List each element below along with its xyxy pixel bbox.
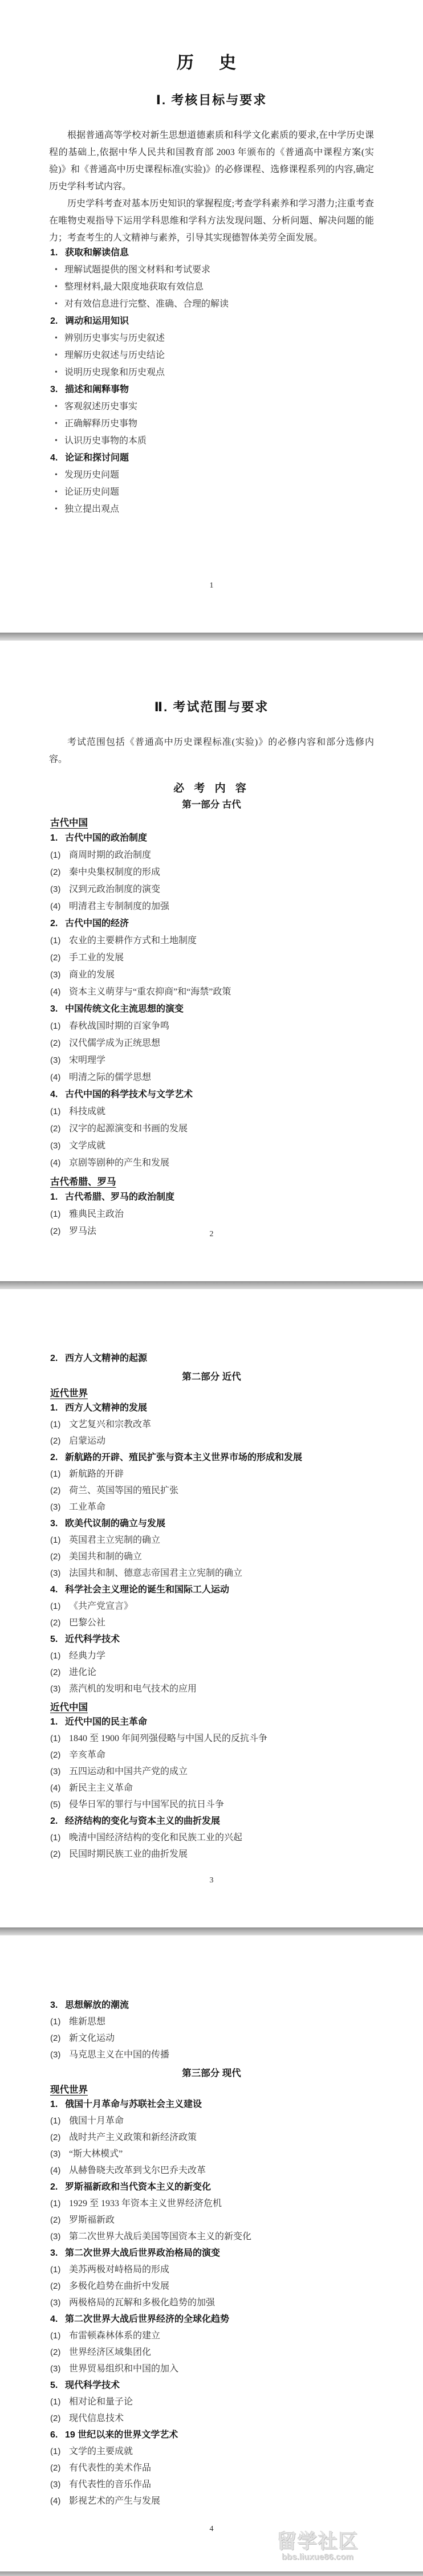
bottom-edge-bar xyxy=(0,2571,423,2576)
list-item: (2)进化论 xyxy=(0,1666,423,1683)
required-content-title: 必 考 内 容 xyxy=(0,780,423,797)
item-marker: (3) xyxy=(50,2297,69,2309)
item-label: 论证和探讨问题 xyxy=(65,452,129,464)
list-item: (5)侵华日军的罪行与中国军民的抗日斗争 xyxy=(0,1799,423,1815)
item-marker: (1) xyxy=(50,1600,69,1613)
item-label: 战时共产主义政策和新经济政策 xyxy=(69,2131,197,2144)
list-item: (1)俄国十月革命 xyxy=(0,2115,423,2131)
section-heading: Ⅰ. 考核目标与要求 xyxy=(0,91,423,111)
list-item: (1)布雷顿森林体系的建立 xyxy=(0,2330,423,2346)
group-heading: 古代希腊、罗马 xyxy=(50,1174,423,1191)
item-marker: (2) xyxy=(50,1749,69,1762)
item-label: 商业的发展 xyxy=(69,969,115,981)
item-label: 新航路的开辟 xyxy=(69,1468,124,1481)
list-item: (3)法国共和制、德意志帝国君主立宪制的确立 xyxy=(0,1567,423,1584)
item-marker: (2) xyxy=(50,2462,69,2475)
section-item: 3.第二次世界大战后世界政治格局的演变 xyxy=(0,2247,423,2264)
item-marker: (3) xyxy=(50,1683,69,1695)
page-number: 4 xyxy=(0,2525,423,2534)
item-marker: (1) xyxy=(50,1832,69,1844)
item-label: 欧美代议制的确立与发展 xyxy=(65,1518,165,1530)
page-number: 2 xyxy=(0,1230,423,1239)
item-marker: (2) xyxy=(50,1848,69,1861)
item-marker: (1) xyxy=(50,1468,69,1481)
section-item: 5.近代科学技术 xyxy=(0,1633,423,1650)
list-item: (1)1929 至 1933 年资本主义世界经济危机 xyxy=(0,2198,423,2214)
list-item: (3)五四运动和中国共产党的成立 xyxy=(0,1766,423,1782)
item-marker: 5. xyxy=(50,2379,65,2392)
item-label: 农业的主要耕作方式和土地制度 xyxy=(69,935,197,947)
item-label: 西方人文精神的发展 xyxy=(65,1402,147,1415)
item-marker: 1. xyxy=(50,2098,65,2111)
list-item: (1)农业的主要耕作方式和土地制度 xyxy=(0,935,423,952)
item-marker: (2) xyxy=(50,1435,69,1448)
list-item: (1)科技成就 xyxy=(0,1106,423,1123)
item-label: 春秋战国时期的百家争鸣 xyxy=(69,1020,169,1033)
item-label: 进化论 xyxy=(69,1666,96,1679)
item-marker: 3. xyxy=(50,384,65,396)
list-item: (2)多极化趋势在曲折中发展 xyxy=(0,2280,423,2297)
list-item: (3)汉到元政治制度的演变 xyxy=(0,883,423,900)
item-label: 新民主主义革命 xyxy=(69,1782,133,1795)
list-item: (3)工业革命 xyxy=(0,1501,423,1518)
item-label: 古代希腊、罗马的政治制度 xyxy=(65,1191,174,1204)
list-item: •说明历史现象和历史观点 xyxy=(0,366,423,384)
item-label: 维新思想 xyxy=(69,2016,105,2028)
group-heading: 近代中国 xyxy=(50,1699,423,1716)
item-label: 英国君主立宪制的确立 xyxy=(69,1534,160,1547)
item-label: 俄国十月革命与苏联社会主义建设 xyxy=(65,2098,202,2111)
item-label: 蒸汽机的发明和电气技术的应用 xyxy=(69,1683,197,1695)
list-item: (1)春秋战国时期的百家争鸣 xyxy=(0,1020,423,1037)
item-label: 科学社会主义理论的诞生和国际工人运动 xyxy=(65,1584,229,1596)
item-label: 布雷顿森林体系的建立 xyxy=(69,2330,160,2342)
item-label: 19 世纪以来的世界文学艺术 xyxy=(65,2429,178,2442)
list-item: (1)维新思想 xyxy=(0,2016,423,2032)
bullet-icon: • xyxy=(55,366,64,379)
item-label: 罗斯福新政和当代资本主义的新变化 xyxy=(65,2181,211,2194)
item-label: 多极化趋势在曲折中发展 xyxy=(69,2280,169,2293)
item-marker: (1) xyxy=(50,1020,69,1033)
bullet-icon: • xyxy=(55,418,64,430)
item-label: 文学的主要成就 xyxy=(69,2445,133,2458)
item-label: 资本主义萌芽与“重农抑商”和“海禁”政策 xyxy=(69,986,231,998)
list-item: •理解试题提供的图文材料和考试要求 xyxy=(0,264,423,281)
list-item: (1)《共产党宣言》 xyxy=(0,1600,423,1617)
item-label: 西方人文精神的起源 xyxy=(65,1352,147,1365)
list-item: (3)第二次世界大战后美国等国资本主义的新变化 xyxy=(0,2231,423,2247)
item-label: 整理材料,最大限度地获取有效信息 xyxy=(64,281,204,294)
item-marker: (4) xyxy=(50,2165,69,2177)
item-marker: (2) xyxy=(50,2214,69,2227)
item-label: 古代中国的经济 xyxy=(65,918,129,930)
item-marker: (4) xyxy=(50,1071,69,1084)
list-item: (4)新民主主义革命 xyxy=(0,1782,423,1799)
section-item: 2.调动和运用知识 xyxy=(0,315,423,332)
list-item: (2)世界经济区域集团化 xyxy=(0,2346,423,2363)
item-label: 文艺复兴和宗教改革 xyxy=(69,1419,151,1431)
item-label: 独立提出观点 xyxy=(64,503,119,516)
item-marker: (3) xyxy=(50,2231,69,2243)
item-label: 文学成就 xyxy=(69,1140,105,1152)
item-marker: 4. xyxy=(50,1584,65,1596)
item-marker: 1. xyxy=(50,1191,65,1204)
bullet-icon: • xyxy=(55,435,64,447)
bullet-icon: • xyxy=(55,332,64,345)
item-label: 发现历史问题 xyxy=(64,469,119,482)
item-marker: (2) xyxy=(50,952,69,964)
item-marker: (1) xyxy=(50,1733,69,1745)
section-item: 3.中国传统文化主流思想的演变 xyxy=(0,1003,423,1020)
page-2: Ⅱ. 考试范围与要求考试范围包括《普通高中历史课程标准(实验)》的必修内容和部分… xyxy=(0,641,423,1281)
bullet-icon: • xyxy=(55,486,64,499)
page-2-content: Ⅱ. 考试范围与要求考试范围包括《普通高中历史课程标准(实验)》的必修内容和部分… xyxy=(0,698,423,1242)
page-separator xyxy=(0,633,423,641)
item-marker: (1) xyxy=(50,1208,69,1221)
paragraph: 根据普通高等学校对新生思想道德素质和科学文化素质的要求,在中学历史课程的基础上,… xyxy=(49,127,374,195)
page-1-content: 历 史Ⅰ. 考核目标与要求根据普通高等学校对新生思想道德素质和科学文化素质的要求… xyxy=(0,48,423,520)
list-item: (3)“斯大林模式” xyxy=(0,2148,423,2165)
item-label: 世界贸易组织和中国的加入 xyxy=(69,2363,178,2375)
item-label: 宋明理学 xyxy=(69,1054,105,1067)
item-label: 手工业的发展 xyxy=(69,952,124,964)
section-item: 1.古代希腊、罗马的政治制度 xyxy=(0,1191,423,1208)
list-item: (1)文学的主要成就 xyxy=(0,2445,423,2462)
bullet-icon: • xyxy=(55,401,64,413)
section-heading: Ⅱ. 考试范围与要求 xyxy=(0,698,423,718)
item-label: 1840 至 1900 年间列强侵略与中国人民的反抗斗争 xyxy=(69,1733,267,1745)
item-label: 世界经济区域集团化 xyxy=(69,2346,151,2359)
list-item: •认识历史事物的本质 xyxy=(0,435,423,452)
item-label: 美苏两极对峙格局的形成 xyxy=(69,2264,169,2276)
item-marker: (3) xyxy=(50,2479,69,2491)
item-label: 第二次世界大战后世界政治格局的演变 xyxy=(65,2247,220,2260)
item-marker: (1) xyxy=(50,1419,69,1431)
list-item: •整理材料,最大限度地获取有效信息 xyxy=(0,281,423,298)
item-label: 经济结构的变化与资本主义的曲折发展 xyxy=(65,1815,220,1828)
list-item: (4)明清君主专制制度的加强 xyxy=(0,900,423,918)
list-item: (2)罗斯福新政 xyxy=(0,2214,423,2231)
item-marker: 3. xyxy=(50,2247,65,2260)
list-item: (2)汉代儒学成为正统思想 xyxy=(0,1037,423,1054)
list-item: (4)从赫鲁晓夫改革到戈尔巴乔夫改革 xyxy=(0,2165,423,2181)
list-item: (1)商周时期的政治制度 xyxy=(0,849,423,866)
section-item: 2.古代中国的经济 xyxy=(0,918,423,935)
item-marker: (3) xyxy=(50,1140,69,1152)
list-item: (1)1840 至 1900 年间列强侵略与中国人民的反抗斗争 xyxy=(0,1733,423,1749)
page-number: 3 xyxy=(0,1876,423,1885)
section-item: 4.第二次世界大战后世界经济的全球化趋势 xyxy=(0,2313,423,2330)
list-item: (2)巴黎公社 xyxy=(0,1617,423,1633)
item-label: 雅典民主政治 xyxy=(69,1208,124,1221)
bullet-icon: • xyxy=(55,264,64,276)
item-label: 影视艺术的产生与发展 xyxy=(69,2495,160,2508)
item-marker: (3) xyxy=(50,2363,69,2375)
item-label: 客观叙述历史事实 xyxy=(64,401,137,413)
item-marker: (3) xyxy=(50,2148,69,2161)
item-label: 对有效信息进行完整、准确、合理的解读 xyxy=(64,298,229,311)
list-item: (4)资本主义萌芽与“重农抑商”和“海禁”政策 xyxy=(0,986,423,1003)
page-4-content: 3.思想解放的潮流(1)维新思想(2)新文化运动(3)马克思主义在中国的传播第三… xyxy=(0,1999,423,2512)
item-label: 思想解放的潮流 xyxy=(65,1999,129,2012)
list-item: (1)新航路的开辟 xyxy=(0,1468,423,1485)
item-label: “斯大林模式” xyxy=(69,2148,123,2161)
item-marker: (1) xyxy=(50,1106,69,1118)
list-item: (2)辛亥革命 xyxy=(0,1749,423,1766)
item-label: 理解试题提供的图文材料和考试要求 xyxy=(64,264,210,276)
item-marker: (1) xyxy=(50,2115,69,2127)
site-watermark: 留学社区 bbs.liuxue86.com xyxy=(277,2532,359,2562)
item-label: 正确解释历史事物 xyxy=(64,418,137,430)
watermark-logo-text: 留学社区 xyxy=(277,2532,359,2553)
list-item: (1)晚清中国经济结构的变化和民族工业的兴起 xyxy=(0,1832,423,1848)
list-item: •辨别历史事实与历史叙述 xyxy=(0,332,423,349)
item-label: 描述和阐释事物 xyxy=(65,384,129,396)
item-marker: 1. xyxy=(50,1402,65,1415)
item-label: 汉到元政治制度的演变 xyxy=(69,883,160,896)
item-marker: 1. xyxy=(50,832,65,845)
item-label: 启蒙运动 xyxy=(69,1435,105,1448)
section-item: 1.古代中国的政治制度 xyxy=(0,832,423,849)
item-label: 获取和解读信息 xyxy=(65,247,129,259)
item-label: 汉字的起源演变和书画的发展 xyxy=(69,1123,188,1135)
item-marker: 2. xyxy=(50,2181,65,2194)
page-separator xyxy=(0,1927,423,1935)
item-label: 巴黎公社 xyxy=(69,1617,105,1629)
list-item: (2)有代表性的美术作品 xyxy=(0,2462,423,2479)
page-number: 1 xyxy=(0,581,423,590)
list-item: •对有效信息进行完整、准确、合理的解读 xyxy=(0,298,423,315)
paragraph: 历史学科考查对基本历史知识的掌握程度;考查学科素养和学习潜力;注重考查在唯物史观… xyxy=(49,195,374,247)
list-item: (2)现代信息技术 xyxy=(0,2412,423,2429)
section-item: 2.西方人文精神的起源 xyxy=(0,1352,423,1369)
item-marker: 2. xyxy=(50,918,65,930)
item-marker: (1) xyxy=(50,935,69,947)
item-label: 近代科学技术 xyxy=(65,1633,120,1646)
page-1: 历 史Ⅰ. 考核目标与要求根据普通高等学校对新生思想道德素质和科学文化素质的要求… xyxy=(0,0,423,633)
item-marker: 1. xyxy=(50,1716,65,1729)
item-marker: (2) xyxy=(50,2131,69,2144)
item-marker: 6. xyxy=(50,2429,65,2442)
document: 历 史Ⅰ. 考核目标与要求根据普通高等学校对新生思想道德素质和科学文化素质的要求… xyxy=(0,0,423,2576)
item-label: 明清君主专制制度的加强 xyxy=(69,900,169,913)
item-label: 民国时期民族工业的曲折发展 xyxy=(69,1848,188,1861)
item-marker: (4) xyxy=(50,1157,69,1169)
list-item: •发现历史问题 xyxy=(0,469,423,486)
bullet-icon: • xyxy=(55,349,64,362)
item-marker: 3. xyxy=(50,1999,65,2012)
list-item: •论证历史问题 xyxy=(0,486,423,503)
list-item: (4)京剧等剧种的产生和发展 xyxy=(0,1157,423,1174)
item-marker: 4. xyxy=(50,1089,65,1101)
section-item: 4.论证和探讨问题 xyxy=(0,452,423,469)
item-marker: (1) xyxy=(50,2016,69,2028)
item-marker: (3) xyxy=(50,1567,69,1580)
page-separator xyxy=(0,1281,423,1289)
item-marker: 2. xyxy=(50,1452,65,1464)
item-marker: (1) xyxy=(50,1534,69,1547)
item-label: 有代表性的美术作品 xyxy=(69,2462,151,2475)
list-item: (2)民国时期民族工业的曲折发展 xyxy=(0,1848,423,1865)
item-marker: (1) xyxy=(50,2264,69,2276)
item-marker: (3) xyxy=(50,1054,69,1067)
list-item: (3)两极格局的瓦解和多极化趋势的加强 xyxy=(0,2297,423,2313)
item-marker: 3. xyxy=(50,1518,65,1530)
item-marker: (3) xyxy=(50,969,69,981)
item-label: 说明历史现象和历史观点 xyxy=(64,366,165,379)
item-label: 辛亥革命 xyxy=(69,1749,105,1762)
item-marker: (2) xyxy=(50,2032,69,2045)
item-label: 第二次世界大战后世界经济的全球化趋势 xyxy=(65,2313,229,2326)
list-item: (2)启蒙运动 xyxy=(0,1435,423,1452)
list-item: •客观叙述历史事实 xyxy=(0,401,423,418)
item-marker: (2) xyxy=(50,866,69,879)
item-label: 调动和运用知识 xyxy=(65,315,129,328)
item-marker: (1) xyxy=(50,2396,69,2408)
item-marker: 2. xyxy=(50,1815,65,1828)
item-marker: (3) xyxy=(50,2049,69,2061)
item-label: 两极格局的瓦解和多极化趋势的加强 xyxy=(69,2297,215,2309)
item-label: 辨别历史事实与历史叙述 xyxy=(64,332,165,345)
list-item: •正确解释历史事物 xyxy=(0,418,423,435)
section-item: 2.新航路的开辟、殖民扩张与资本主义世界市场的形成和发展 xyxy=(0,1452,423,1468)
bullet-icon: • xyxy=(55,503,64,516)
section-item: 4.科学社会主义理论的诞生和国际工人运动 xyxy=(0,1584,423,1600)
item-marker: (2) xyxy=(50,1123,69,1135)
list-item: (4)影视艺术的产生与发展 xyxy=(0,2495,423,2512)
watermark-url: bbs.liuxue86.com xyxy=(277,2553,359,2562)
item-label: 侵华日军的罪行与中国军民的抗日斗争 xyxy=(69,1799,224,1811)
list-item: (1)雅典民主政治 xyxy=(0,1208,423,1225)
section-item: 4.古代中国的科学技术与文学艺术 xyxy=(0,1089,423,1106)
item-label: 法国共和制、德意志帝国君主立宪制的确立 xyxy=(69,1567,242,1580)
list-item: (2)手工业的发展 xyxy=(0,952,423,969)
item-marker: 3. xyxy=(50,1003,65,1016)
item-marker: (4) xyxy=(50,2495,69,2508)
item-label: 有代表性的音乐作品 xyxy=(69,2479,151,2491)
item-label: 中国传统文化主流思想的演变 xyxy=(65,1003,184,1016)
list-item: (2)秦中央集权制度的形成 xyxy=(0,866,423,883)
doc-title: 历 史 xyxy=(0,48,423,74)
part-heading: 第三部分 现代 xyxy=(0,2065,423,2082)
item-marker: (1) xyxy=(50,2198,69,2210)
section-item: 3.描述和阐释事物 xyxy=(0,384,423,401)
item-label: 第二次世界大战后美国等国资本主义的新变化 xyxy=(69,2231,251,2243)
section-item: 1.俄国十月革命与苏联社会主义建设 xyxy=(0,2098,423,2115)
item-label: 新航路的开辟、殖民扩张与资本主义世界市场的形成和发展 xyxy=(65,1452,302,1464)
list-item: (3)蒸汽机的发明和电气技术的应用 xyxy=(0,1683,423,1699)
item-label: 古代中国的科学技术与文学艺术 xyxy=(65,1089,193,1101)
list-item: (3)有代表性的音乐作品 xyxy=(0,2479,423,2495)
item-label: 论证历史问题 xyxy=(64,486,119,499)
item-marker: 5. xyxy=(50,1633,65,1646)
item-marker: (4) xyxy=(50,900,69,913)
item-label: 晚清中国经济结构的变化和民族工业的兴起 xyxy=(69,1832,242,1844)
page-3: 2.西方人文精神的起源第二部分 近代近代世界1.西方人文精神的发展(1)文艺复兴… xyxy=(0,1289,423,1927)
section-item: 5.现代科学技术 xyxy=(0,2379,423,2396)
item-marker: (2) xyxy=(50,2280,69,2293)
bullet-icon: • xyxy=(55,281,64,294)
list-item: (3)宋明理学 xyxy=(0,1054,423,1071)
item-marker: (1) xyxy=(50,2445,69,2458)
list-item: •独立提出观点 xyxy=(0,503,423,520)
item-label: 1929 至 1933 年资本主义世界经济危机 xyxy=(69,2198,222,2210)
item-marker: (1) xyxy=(50,1650,69,1662)
list-item: (1)相对论和量子论 xyxy=(0,2396,423,2412)
item-label: 现代科学技术 xyxy=(65,2379,120,2392)
item-label: 商周时期的政治制度 xyxy=(69,849,151,862)
group-heading: 古代中国 xyxy=(50,815,423,832)
item-marker: 2. xyxy=(50,315,65,328)
item-marker: (2) xyxy=(50,1485,69,1497)
section-item: 2.罗斯福新政和当代资本主义的新变化 xyxy=(0,2181,423,2198)
list-item: (3)世界贸易组织和中国的加入 xyxy=(0,2363,423,2379)
item-label: 明清之际的儒学思想 xyxy=(69,1071,151,1084)
item-label: 工业革命 xyxy=(69,1501,105,1514)
list-item: (3)商业的发展 xyxy=(0,969,423,986)
page-3-content: 2.西方人文精神的起源第二部分 近代近代世界1.西方人文精神的发展(1)文艺复兴… xyxy=(0,1352,423,1865)
item-label: 美国共和制的确立 xyxy=(69,1551,142,1563)
part-heading: 第二部分 近代 xyxy=(0,1369,423,1385)
list-item: (2)战时共产主义政策和新经济政策 xyxy=(0,2131,423,2148)
item-label: 科技成就 xyxy=(69,1106,105,1118)
bullet-icon: • xyxy=(55,298,64,311)
item-marker: 2. xyxy=(50,1352,65,1365)
item-marker: (4) xyxy=(50,1782,69,1795)
section-item: 1.西方人文精神的发展 xyxy=(0,1402,423,1419)
item-marker: 4. xyxy=(50,452,65,464)
list-item: (4)明清之际的儒学思想 xyxy=(0,1071,423,1089)
list-item: (1)美苏两极对峙格局的形成 xyxy=(0,2264,423,2280)
bullet-icon: • xyxy=(55,469,64,482)
item-marker: (3) xyxy=(50,1766,69,1778)
item-marker: 4. xyxy=(50,2313,65,2326)
item-marker: (2) xyxy=(50,2412,69,2425)
item-marker: 1. xyxy=(50,247,65,259)
item-marker: (2) xyxy=(50,1666,69,1679)
item-label: 新文化运动 xyxy=(69,2032,115,2045)
section-item: 3.欧美代议制的确立与发展 xyxy=(0,1518,423,1534)
item-marker: (3) xyxy=(50,883,69,896)
list-item: (1)经典力学 xyxy=(0,1650,423,1666)
list-item: (2)汉字的起源演变和书画的发展 xyxy=(0,1123,423,1140)
list-item: (3)马克思主义在中国的传播 xyxy=(0,2049,423,2065)
list-item: (2)荷兰、英国等国的殖民扩张 xyxy=(0,1485,423,1501)
item-label: 《共产党宣言》 xyxy=(69,1600,133,1613)
item-marker: (2) xyxy=(50,1551,69,1563)
item-marker: (2) xyxy=(50,1617,69,1629)
list-item: (2)美国共和制的确立 xyxy=(0,1551,423,1567)
list-item: (2)新文化运动 xyxy=(0,2032,423,2049)
item-label: 罗斯福新政 xyxy=(69,2214,115,2227)
item-marker: (1) xyxy=(50,849,69,862)
item-label: 马克思主义在中国的传播 xyxy=(69,2049,169,2061)
paragraph: 考试范围包括《普通高中历史课程标准(实验)》的必修内容和部分选修内容。 xyxy=(49,734,374,768)
list-item: (3)文学成就 xyxy=(0,1140,423,1157)
item-label: 从赫鲁晓夫改革到戈尔巴乔夫改革 xyxy=(69,2165,206,2177)
section-item: 6.19 世纪以来的世界文学艺术 xyxy=(0,2429,423,2445)
item-marker: (1) xyxy=(50,2330,69,2342)
section-item: 1.近代中国的民主革命 xyxy=(0,1716,423,1733)
list-item: (1)英国君主立宪制的确立 xyxy=(0,1534,423,1551)
group-heading: 近代世界 xyxy=(50,1385,423,1402)
item-label: 经典力学 xyxy=(69,1650,105,1662)
page-4: 3.思想解放的潮流(1)维新思想(2)新文化运动(3)马克思主义在中国的传播第三… xyxy=(0,1935,423,2571)
item-label: 认识历史事物的本质 xyxy=(64,435,147,447)
item-label: 现代信息技术 xyxy=(69,2412,124,2425)
list-item: (1)文艺复兴和宗教改革 xyxy=(0,1419,423,1435)
item-marker: (5) xyxy=(50,1799,69,1811)
